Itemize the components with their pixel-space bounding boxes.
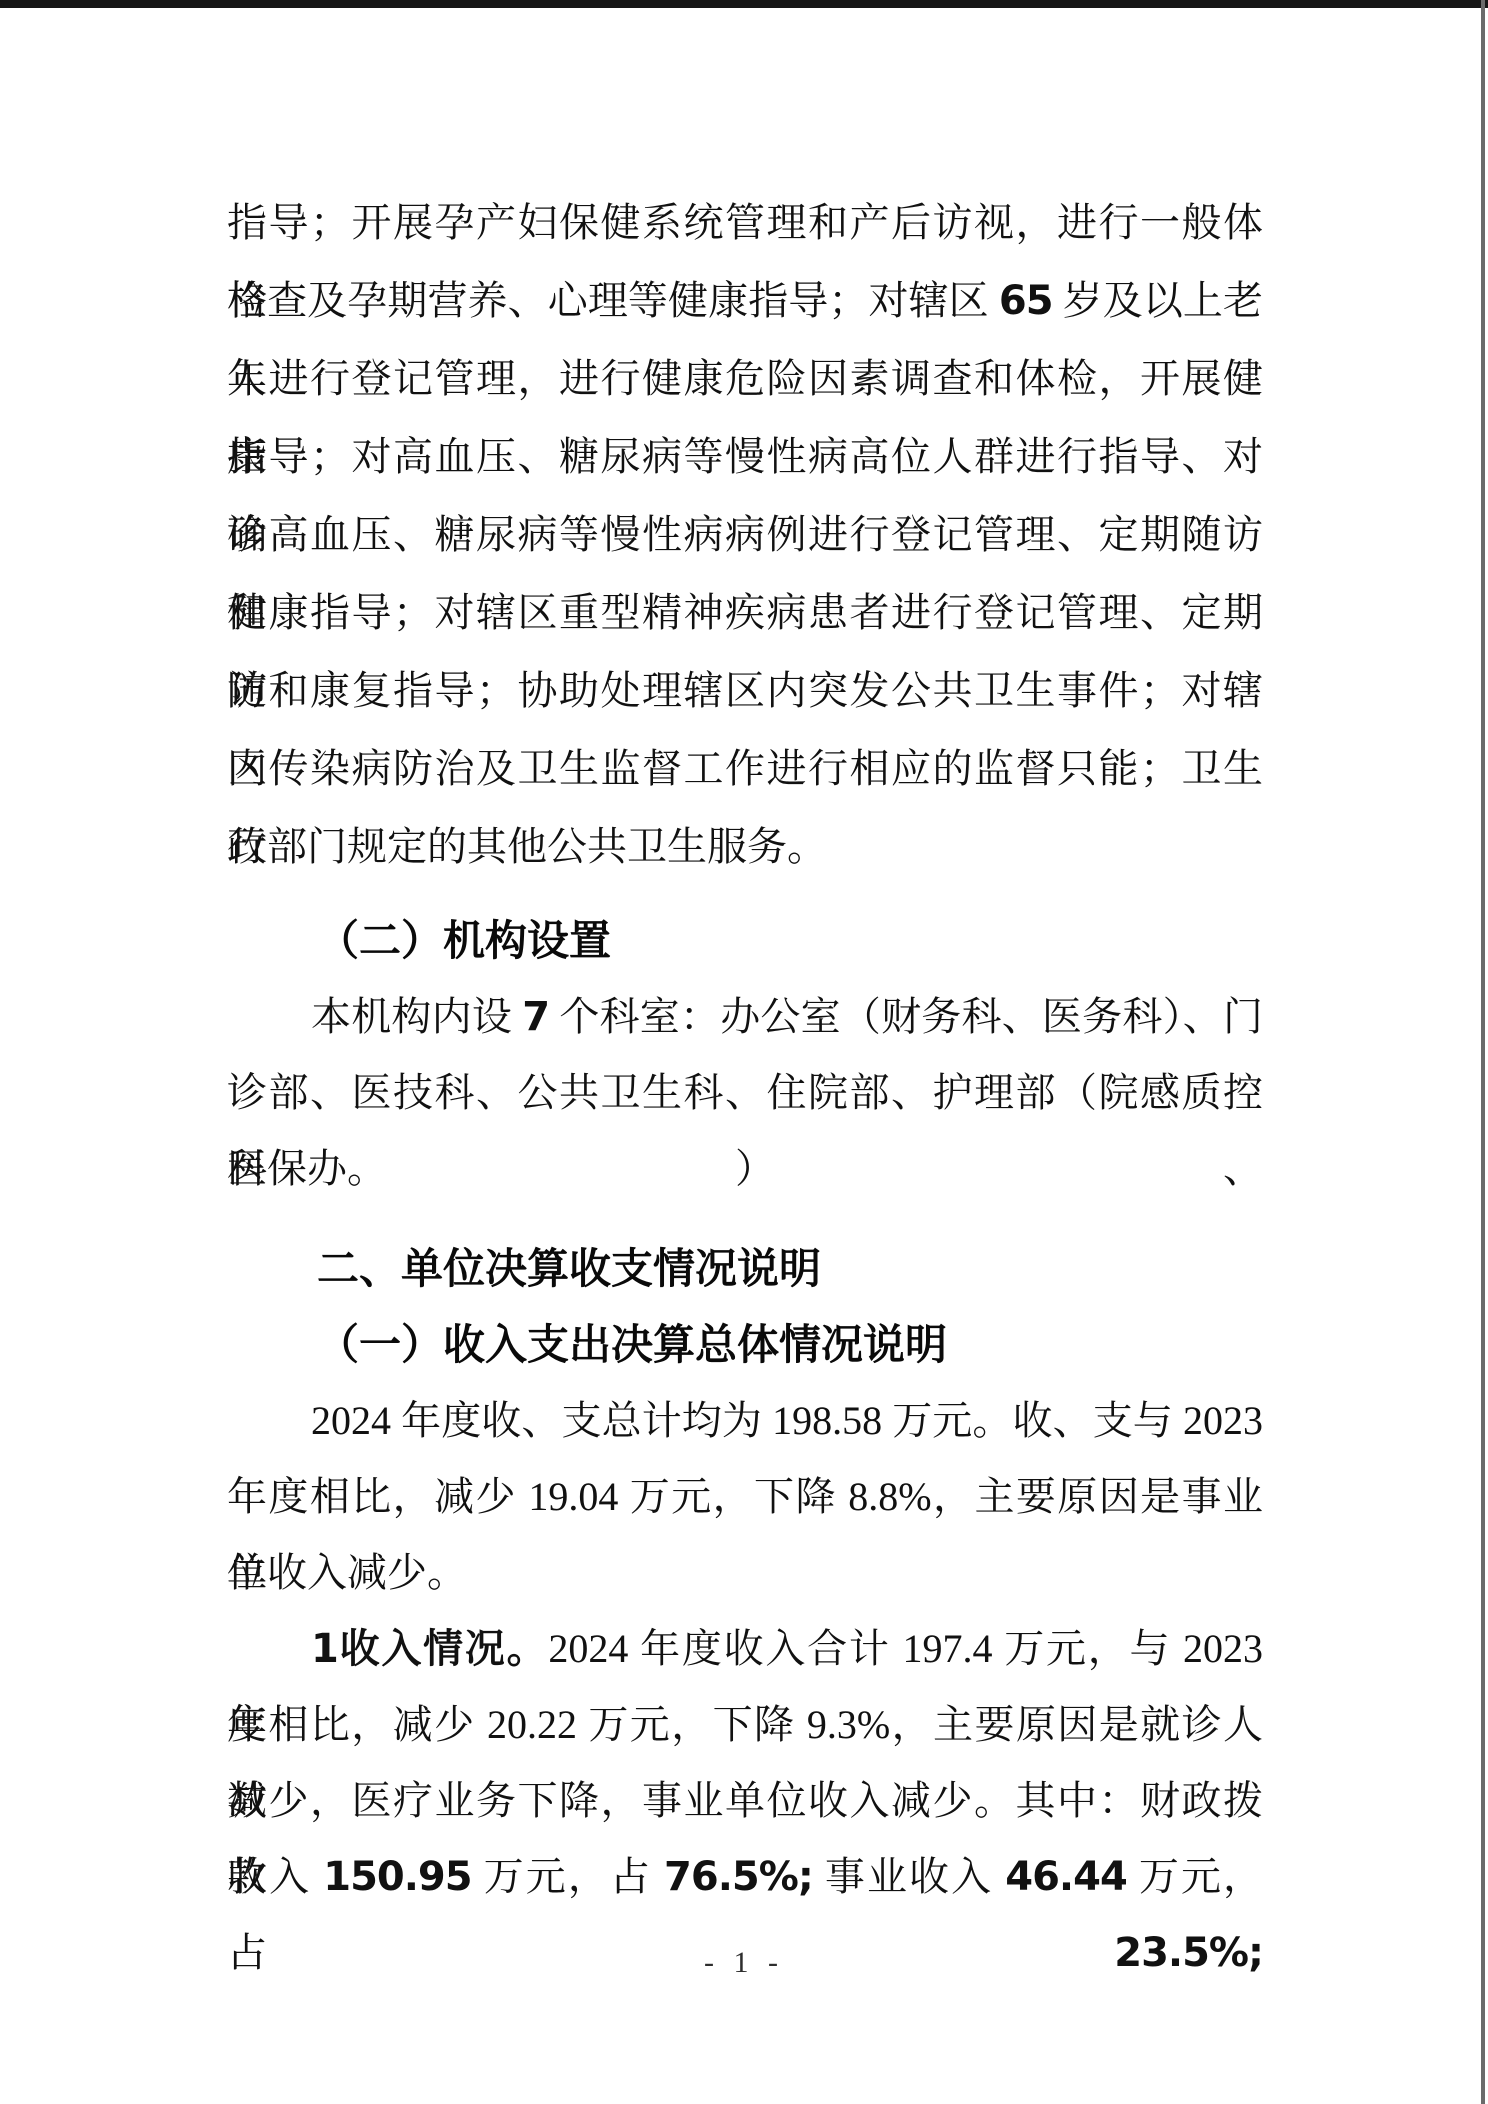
text-line: 本机构内设 7 个科室：办公室（财务科、医务科）、门 <box>227 979 1263 1055</box>
text-line: 内传染病防治及卫生监督工作进行相应的监督只能；卫生行 <box>227 730 1263 808</box>
text-line: 健康指导；对辖区重型精神疾病患者进行登记管理、定期随 <box>227 574 1263 652</box>
text-run-digit-bold: 150.95 <box>323 1854 471 1900</box>
section-heading: 二、单位决算收支情况说明 <box>227 1231 1263 1307</box>
paragraph: 2024 年度收、支总计均为 198.58 万元。收、支与 2023年度相比，减… <box>227 1383 1263 1611</box>
text-line: 诊部、医技科、公共卫生科、住院部、护理部（院感质控科）、 <box>227 1055 1263 1131</box>
text-run-bold-serif: 收入情况。 <box>338 1626 549 1671</box>
text-line: 年度相比，减少 19.04 万元，下降 8.8%，主要原因是事业单 <box>227 1459 1263 1535</box>
text-line: 减少，医疗业务下降，事业单位收入减少。其中：财政拨款 <box>227 1763 1263 1839</box>
document-page: 指导；开展孕产妇保健系统管理和产后访视，进行一般体格检查及孕期营养、心理等健康指… <box>0 0 1488 2104</box>
section-heading: （二）机构设置 <box>227 903 1263 979</box>
document-body: 指导；开展孕产妇保健系统管理和产后访视，进行一般体格检查及孕期营养、心理等健康指… <box>227 184 1263 1915</box>
paragraph: 1收入情况。2024 年度收入合计 197.4 万元，与 2023 年度相比，减… <box>227 1611 1263 1915</box>
paragraph: 本机构内设 7 个科室：办公室（财务科、医务科）、门诊部、医技科、公共卫生科、住… <box>227 979 1263 1207</box>
text-line: 访和康复指导；协助处理辖区内突发公共卫生事件；对辖区 <box>227 652 1263 730</box>
text-line: 2024 年度收、支总计均为 198.58 万元。收、支与 2023 <box>227 1383 1263 1459</box>
text-line: 位收入减少。 <box>227 1535 1263 1611</box>
text-line: 度相比，减少 20.22 万元，下降 9.3%，主要原因是就诊人数 <box>227 1687 1263 1763</box>
text-run: 医保办。 <box>227 1146 387 1191</box>
text-line: 人进行登记管理，进行健康危险因素调查和体检，开展健康 <box>227 340 1263 418</box>
text-line: 指导；开展孕产妇保健系统管理和产后访视，进行一般体格 <box>227 184 1263 262</box>
text-run-digit-bold: 76.5%; <box>664 1854 813 1900</box>
text-line: 政部门规定的其他公共卫生服务。 <box>227 808 1263 886</box>
text-run: 事业收入 <box>813 1854 1005 1899</box>
text-run-digit-bold: 1 <box>311 1626 338 1672</box>
paragraph: 指导；开展孕产妇保健系统管理和产后访视，进行一般体格检查及孕期营养、心理等健康指… <box>227 184 1263 886</box>
text-line: 收入 150.95 万元，占 76.5%; 事业收入 46.44 万元，占 23… <box>227 1839 1263 1915</box>
text-line: 1收入情况。2024 年度收入合计 197.4 万元，与 2023 年 <box>227 1611 1263 1687</box>
text-line: 指导；对高血压、糖尿病等慢性病高位人群进行指导、对确 <box>227 418 1263 496</box>
section-heading: （一）收入支出决算总体情况说明 <box>227 1307 1263 1383</box>
text-line: 诊高血压、糖尿病等慢性病病例进行登记管理、定期随访和 <box>227 496 1263 574</box>
text-run: 本机构内设 <box>311 994 522 1039</box>
text-run: 政部门规定的其他公共卫生服务。 <box>227 824 827 869</box>
page-number: - 1 - <box>0 1946 1488 1980</box>
text-run: 收入 <box>227 1854 323 1899</box>
text-run: 位收入减少。 <box>227 1550 467 1595</box>
text-run: 个科室：办公室（财务科、医务科）、门 <box>549 994 1263 1039</box>
text-run: 万元，占 <box>472 1854 664 1899</box>
text-run-digit-bold: 7 <box>522 994 549 1040</box>
text-run: 2024 年度收、支总计均为 198.58 万元。收、支与 2023 <box>311 1398 1263 1443</box>
text-run-digit-bold: 46.44 <box>1005 1854 1127 1900</box>
page-top-edge-bar <box>0 0 1488 8</box>
text-run: 检查及孕期营养、心理等健康指导；对辖区 <box>227 278 999 323</box>
text-run-digit-bold: 65 <box>999 278 1053 324</box>
text-line: 检查及孕期营养、心理等健康指导；对辖区 65 岁及以上老年 <box>227 262 1263 340</box>
page-right-edge-line <box>1481 0 1485 2104</box>
